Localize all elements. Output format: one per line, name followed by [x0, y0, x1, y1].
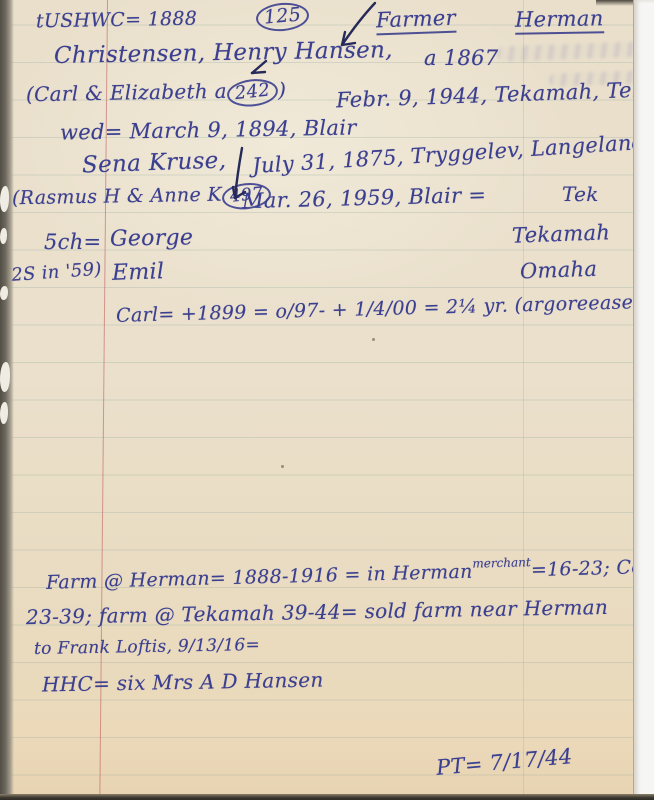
- subject-parents-names: (Carl & Elizabeth a: [26, 79, 227, 107]
- subject-parents: (Carl & Elizabeth a242): [26, 78, 287, 111]
- spouse-name: Sena Kruse,: [82, 147, 227, 178]
- dust-speck: [281, 465, 284, 468]
- child-residence: Omaha: [520, 257, 598, 284]
- torn-left-edge: [0, 0, 14, 800]
- scanned-genealogy-card: tUSHWC= 1888 125 Farmer Herman Christens…: [0, 0, 654, 800]
- spouse-burial-place: Tek: [562, 182, 599, 206]
- dust-speck: [372, 338, 375, 341]
- subject-birth-year: a 1867: [424, 46, 498, 70]
- red-margin-line-bleedthrough: [523, 0, 524, 800]
- spouse-parents-names: (Rasmus H & Anne K: [12, 184, 222, 210]
- children-count: 5ch=: [44, 230, 101, 254]
- residence-town: Herman: [515, 6, 604, 35]
- farm-sold-to-note: to Frank Loftis, 9/13/16=: [34, 635, 260, 659]
- scanner-background: [633, 0, 654, 800]
- child-name: Emil: [112, 259, 165, 286]
- inserted-word-merchant: merchant: [472, 555, 531, 571]
- scan-edge-shadow: [596, 0, 633, 6]
- occupation: Farmer: [376, 6, 457, 36]
- scan-bottom-edge: [0, 794, 654, 800]
- source-note: HHC= six Mrs A D Hansen: [42, 668, 324, 697]
- subject-parents-close: ): [278, 78, 287, 102]
- annotation-arrowhead: [248, 58, 270, 78]
- child-residence: Tekamah: [512, 220, 611, 247]
- card-number-circled: 125: [255, 1, 310, 34]
- emigration-note: tUSHWC= 1888: [36, 8, 198, 33]
- parents-ref-circled: 242: [226, 77, 280, 109]
- child-name: George: [110, 225, 194, 251]
